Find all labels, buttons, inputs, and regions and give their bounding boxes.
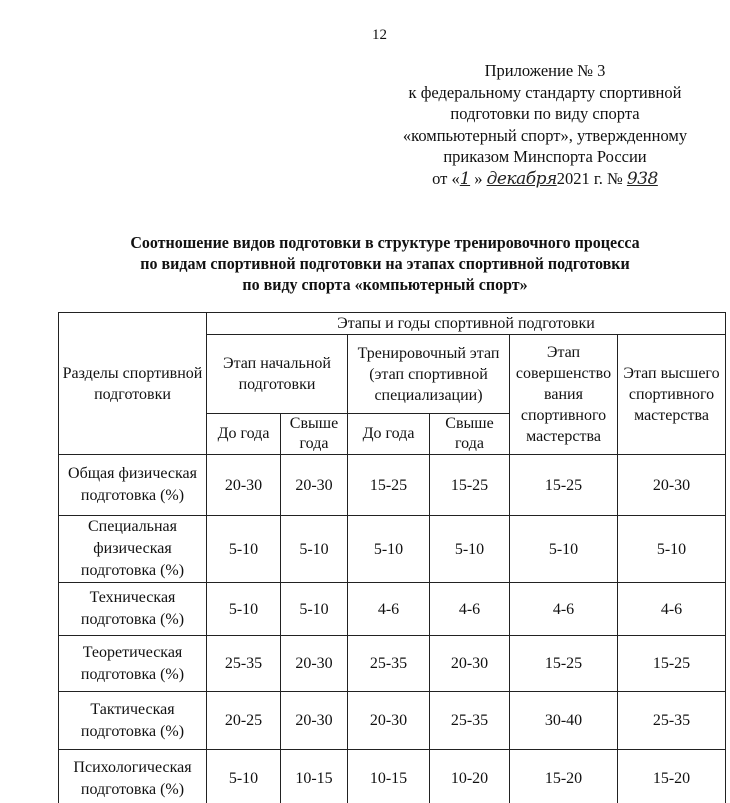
table-cell: 5-10	[348, 516, 430, 583]
handwritten-order-number: 938	[627, 169, 658, 189]
table-cell: 15-25	[510, 455, 618, 516]
stage-header: Этап совершенство вания спортивного маст…	[510, 335, 618, 455]
stage-header: Этап высшего спортивного мастерства	[618, 335, 726, 455]
table-row: Теоретическая подготовка (%)25-3520-3025…	[59, 636, 726, 692]
table-cell: 15-20	[618, 750, 726, 803]
table-cell: 5-10	[281, 516, 348, 583]
table-cell: 5-10	[207, 516, 281, 583]
title-line: по виду спорта «компьютерный спорт»	[70, 274, 701, 295]
appendix-line: подготовки по виду спорта	[375, 103, 715, 125]
table-cell: 25-35	[430, 692, 510, 750]
table-cell: 25-35	[207, 636, 281, 692]
row-label: Тактическая подготовка (%)	[59, 692, 207, 750]
page-number: 12	[372, 27, 387, 44]
table-cell: 4-6	[430, 583, 510, 636]
table-cell: 20-30	[618, 455, 726, 516]
table-cell: 4-6	[618, 583, 726, 636]
table-cell: 25-35	[348, 636, 430, 692]
corner-header: Разделы спортивной подготовки	[59, 313, 207, 455]
table-cell: 20-30	[348, 692, 430, 750]
row-label: Техническая подготовка (%)	[59, 583, 207, 636]
stage-header: Тренировочный этап (этап спортивной спец…	[348, 335, 510, 414]
title-line: по видам спортивной подготовки на этапах…	[70, 253, 701, 274]
appendix-line: Приложение № 3	[375, 60, 715, 82]
table-cell: 15-25	[618, 636, 726, 692]
table-cell: 10-15	[281, 750, 348, 803]
row-label: Специальная физическая подготовка (%)	[59, 516, 207, 583]
table-cell: 30-40	[510, 692, 618, 750]
appendix-line: «компьютерный спорт», утвержденному	[375, 125, 715, 147]
stage-header: Этап начальной подготовки	[207, 335, 348, 414]
appendix-line: к федеральному стандарту спортивной	[375, 82, 715, 104]
table-cell: 5-10	[207, 750, 281, 803]
order-date-line: от «1 » декабря2021 г. № 938	[375, 168, 715, 191]
table-cell: 15-25	[510, 636, 618, 692]
handwritten-day: 1	[460, 169, 470, 189]
table-cell: 20-30	[281, 455, 348, 516]
table-row: Психологическая подготовка (%)5-1010-151…	[59, 750, 726, 803]
handwritten-month: декабря	[487, 169, 557, 189]
table-cell: 5-10	[430, 516, 510, 583]
date-year: 2021 г. №	[557, 169, 623, 188]
table-cell: 5-10	[281, 583, 348, 636]
table-cell: 20-25	[207, 692, 281, 750]
table-cell: 4-6	[510, 583, 618, 636]
date-prefix: от «	[432, 169, 460, 188]
date-mid: »	[474, 169, 482, 188]
table-row: Тактическая подготовка (%)20-2520-3020-3…	[59, 692, 726, 750]
table-row: Общая физическая подготовка (%)20-3020-3…	[59, 455, 726, 516]
table-cell: 4-6	[348, 583, 430, 636]
table-cell: 15-20	[510, 750, 618, 803]
table-cell: 25-35	[618, 692, 726, 750]
row-label: Психологическая подготовка (%)	[59, 750, 207, 803]
table-cell: 5-10	[510, 516, 618, 583]
table-cell: 15-25	[348, 455, 430, 516]
row-label: Общая физическая подготовка (%)	[59, 455, 207, 516]
year-subheader: До года	[348, 414, 430, 455]
table-cell: 20-30	[430, 636, 510, 692]
appendix-header: Приложение № 3 к федеральному стандарту …	[375, 60, 715, 190]
year-subheader: Свыше года	[281, 414, 348, 455]
table-cell: 20-30	[281, 636, 348, 692]
title-line: Соотношение видов подготовки в структуре…	[70, 232, 701, 253]
table-cell: 20-30	[281, 692, 348, 750]
table-cell: 20-30	[207, 455, 281, 516]
appendix-line: приказом Минспорта России	[375, 146, 715, 168]
document-title: Соотношение видов подготовки в структуре…	[70, 232, 701, 295]
year-subheader: До года	[207, 414, 281, 455]
row-label: Теоретическая подготовка (%)	[59, 636, 207, 692]
training-ratio-table: Разделы спортивной подготовки Этапы и го…	[58, 312, 726, 803]
table-cell: 5-10	[207, 583, 281, 636]
table-cell: 5-10	[618, 516, 726, 583]
table-cell: 15-25	[430, 455, 510, 516]
table-row: Специальная физическая подготовка (%)5-1…	[59, 516, 726, 583]
table-cell: 10-15	[348, 750, 430, 803]
year-subheader: Свыше года	[430, 414, 510, 455]
group-header: Этапы и годы спортивной подготовки	[207, 313, 726, 335]
table-row: Техническая подготовка (%)5-105-104-64-6…	[59, 583, 726, 636]
table-cell: 10-20	[430, 750, 510, 803]
